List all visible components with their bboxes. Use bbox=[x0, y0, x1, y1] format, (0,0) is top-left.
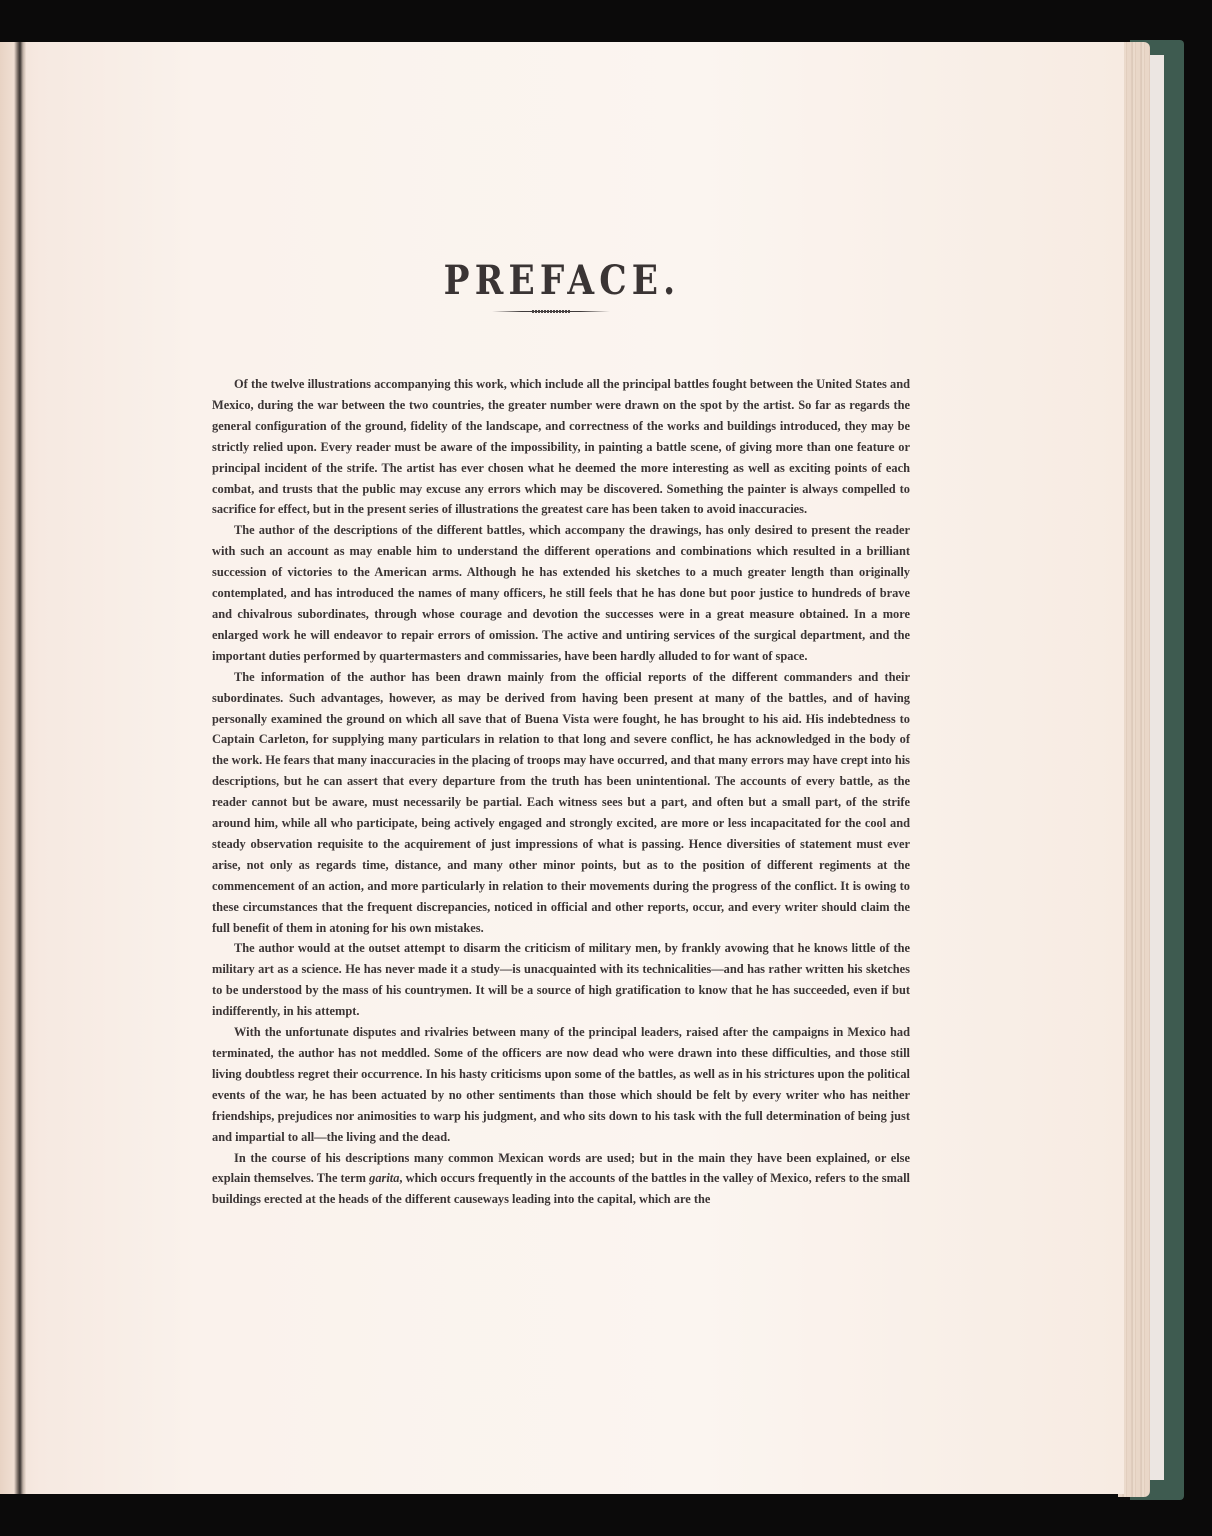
paragraph: Of the twelve illustrations accompanying… bbox=[212, 374, 910, 520]
preface-body: Of the twelve illustrations accompanying… bbox=[212, 374, 910, 1210]
ornamental-divider bbox=[492, 310, 610, 313]
paragraph: The information of the author has been d… bbox=[212, 667, 910, 939]
paragraph: In the course of his descriptions many c… bbox=[212, 1148, 910, 1211]
paragraph: With the unfortunate disputes and rivalr… bbox=[212, 1022, 910, 1147]
flyleaf bbox=[1150, 55, 1164, 1480]
paragraph: The author would at the outset attempt t… bbox=[212, 938, 910, 1022]
paragraph: The author of the descriptions of the di… bbox=[212, 520, 910, 666]
page-title: PREFACE. bbox=[79, 257, 1046, 304]
book-gutter bbox=[0, 42, 26, 1494]
italic-term: garita bbox=[369, 1171, 399, 1185]
